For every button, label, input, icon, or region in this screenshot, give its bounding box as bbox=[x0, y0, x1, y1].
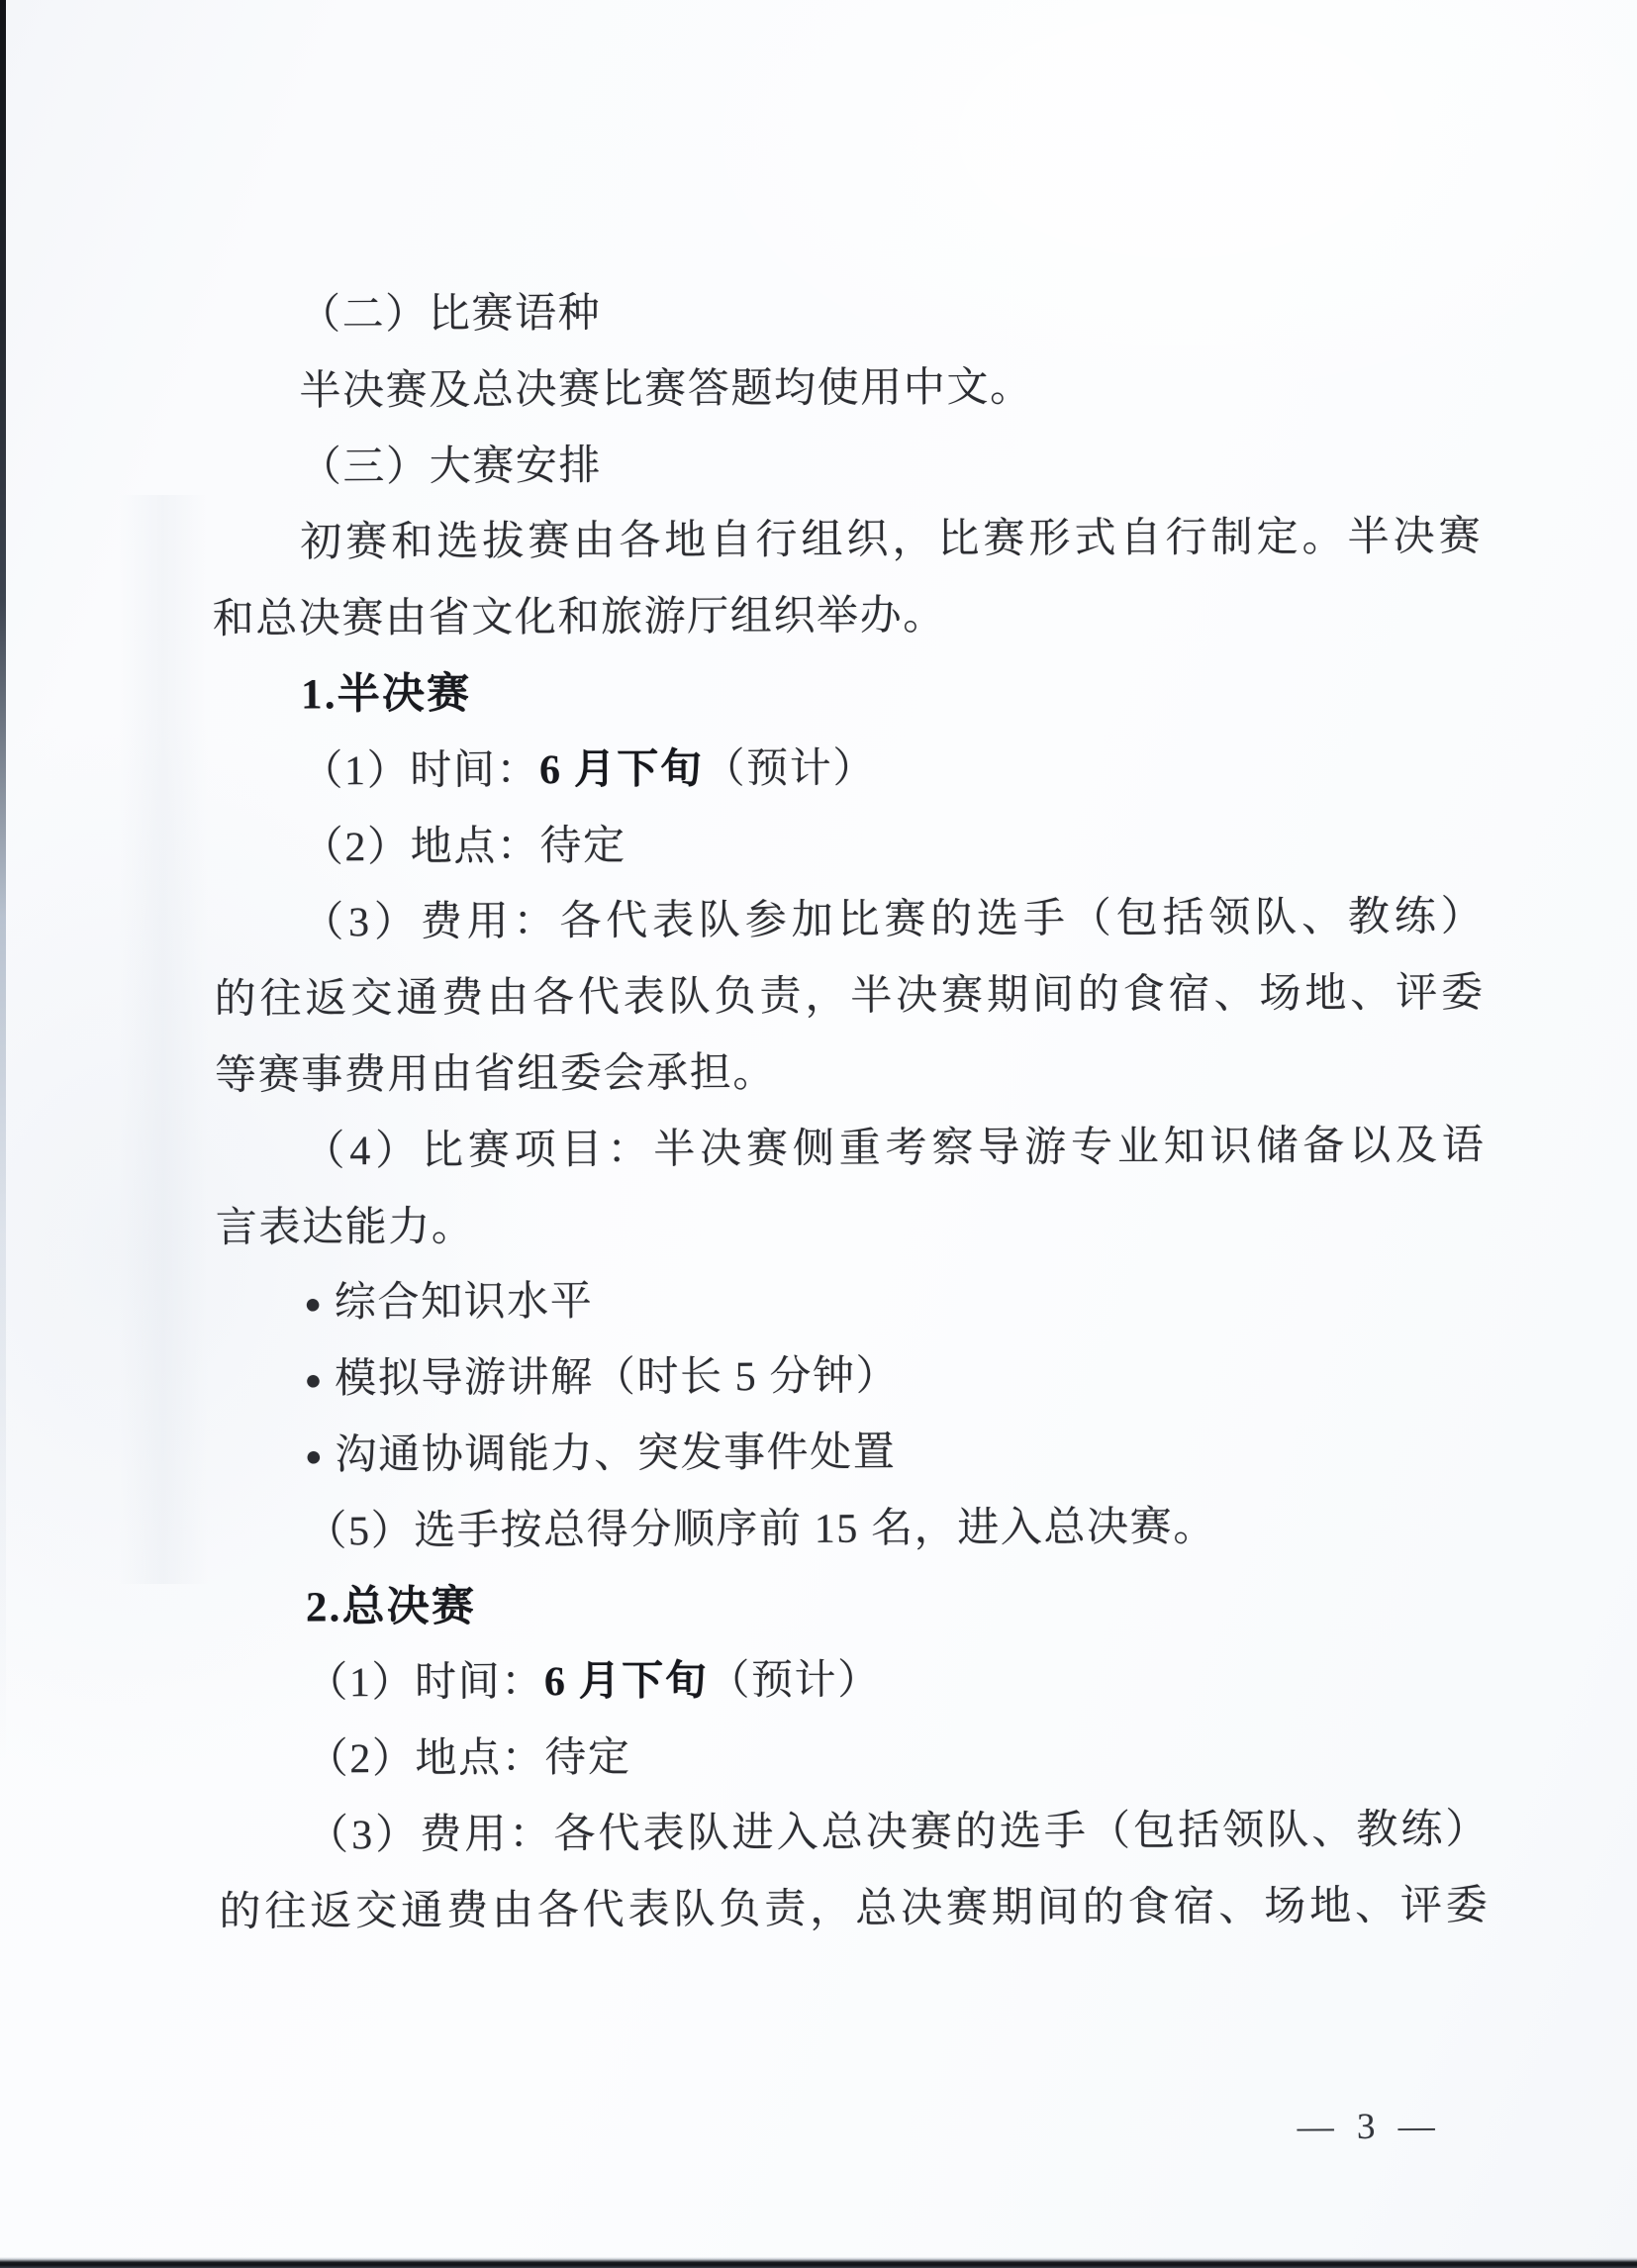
body-line: （4）比赛项目：半决赛侧重考察导游专业知识储备以及语 bbox=[215, 1108, 1485, 1191]
body-line: 等赛事费用由省组委会承担。 bbox=[215, 1032, 1485, 1115]
list-item: ●沟通协调能力、突发事件处置 bbox=[217, 1412, 1487, 1495]
body-line: （5）选手按总得分顺序前 15 名，进入总决赛。 bbox=[217, 1488, 1487, 1571]
body-line: （2）地点：待定 bbox=[214, 804, 1484, 887]
scan-edge-left bbox=[0, 0, 6, 1762]
bullet-icon: ● bbox=[305, 1419, 323, 1495]
body-line: （2）地点：待定 bbox=[218, 1716, 1488, 1799]
body-line: 的往返交通费由各代表队负责，总决赛期间的食宿、场地、评委 bbox=[219, 1868, 1489, 1951]
body-line: 初赛和选拔赛由各地自行组织，比赛形式自行制定。半决赛 bbox=[212, 500, 1482, 583]
line-segment: （预计） bbox=[703, 745, 876, 792]
list-item: ●综合知识水平 bbox=[216, 1260, 1486, 1343]
body-line: 半决赛及总决赛比赛答题均使用中文。 bbox=[211, 347, 1481, 431]
line-segment: （1）时间： bbox=[306, 1660, 544, 1707]
body-line: （1）时间：6 月下旬（预计） bbox=[218, 1640, 1488, 1724]
body-line: 的往返交通费由各代表队负责，半决赛期间的食宿、场地、评委 bbox=[214, 955, 1484, 1038]
list-item-text: 综合知识水平 bbox=[335, 1279, 594, 1326]
section-heading-3: （三）大赛安排 bbox=[212, 424, 1482, 507]
list-item-text: 沟通协调能力、突发事件处置 bbox=[335, 1430, 896, 1478]
document-body: （二）比赛语种 半决赛及总决赛比赛答题均使用中文。 （三）大赛安排 初赛和选拔赛… bbox=[211, 271, 1491, 2228]
body-line: （3）费用：各代表队进入总决赛的选手（包括领队、教练） bbox=[219, 1792, 1489, 1875]
line-segment-bold: 6 月下旬 bbox=[544, 1659, 709, 1706]
line-segment: （1）时间： bbox=[301, 747, 539, 794]
list-item: ●模拟导游讲解（时长 5 分钟） bbox=[216, 1335, 1486, 1419]
line-segment-bold: 6 月下旬 bbox=[539, 746, 704, 793]
subsection-heading-final: 2.总决赛 bbox=[218, 1564, 1488, 1647]
bullet-icon: ● bbox=[304, 1343, 322, 1420]
scan-edge-bottom bbox=[0, 2257, 1637, 2268]
body-line: （1）时间：6 月下旬（预计） bbox=[213, 728, 1483, 811]
line-segment: （预计） bbox=[708, 1658, 881, 1705]
section-heading-2: （二）比赛语种 bbox=[211, 271, 1481, 354]
body-line: 和总决赛由省文化和旅游厅组织举办。 bbox=[212, 575, 1482, 658]
body-line: （3）费用：各代表队参加比赛的选手（包括领队、教练） bbox=[214, 880, 1484, 963]
page-number: — 3 — bbox=[1298, 2106, 1442, 2149]
list-item-text: 模拟导游讲解（时长 5 分钟） bbox=[335, 1354, 899, 1403]
subsection-heading-semifinal: 1.半决赛 bbox=[213, 651, 1483, 735]
bullet-icon: ● bbox=[304, 1267, 322, 1343]
body-line: 言表达能力。 bbox=[216, 1184, 1486, 1267]
